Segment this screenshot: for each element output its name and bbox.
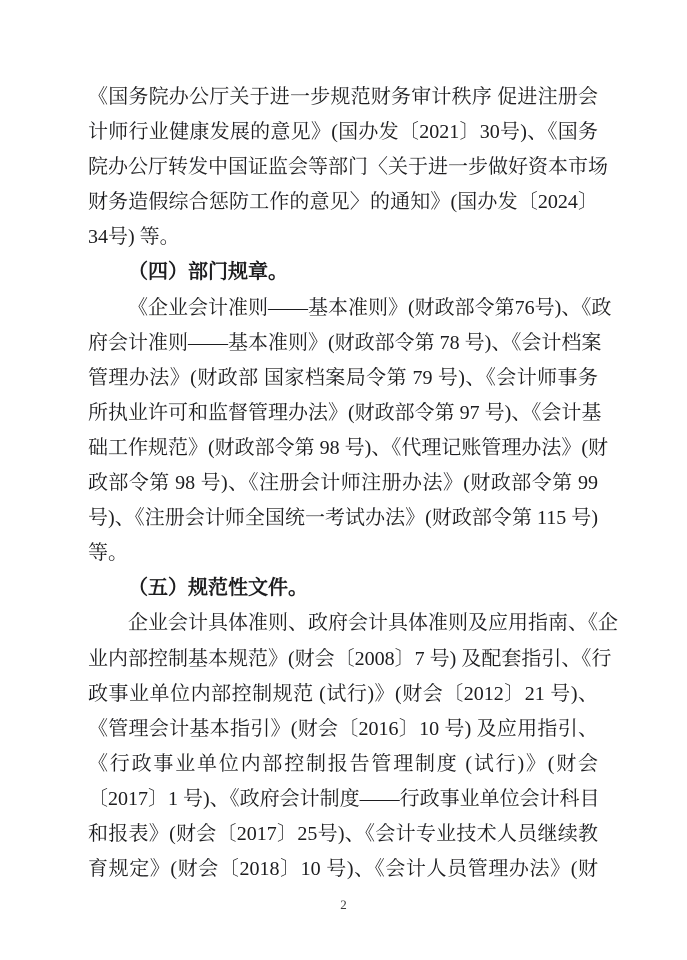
body-text-line: 《企业会计准则——基本准则》(财政部令第76号)、《政 — [88, 291, 598, 326]
body-text-line: 所执业许可和监督管理办法》(财政部令第 97 号)、《会计基 — [88, 396, 598, 431]
body-text-line: 《管理会计基本指引》(财会〔2016〕10 号) 及应用指引、 — [88, 712, 598, 747]
document-content: 《国务院办公厅关于进一步规范财务审计秩序 促进注册会计师行业健康发展的意见》(国… — [88, 80, 598, 887]
body-text-line: 业内部控制基本规范》(财会〔2008〕7 号) 及配套指引、《行 — [88, 642, 598, 677]
body-text-line: 政事业单位内部控制规范 (试行)》(财会〔2012〕21 号)、 — [88, 677, 598, 712]
page-number: 2 — [0, 897, 687, 913]
section-heading: （四）部门规章。 — [88, 255, 598, 290]
body-text-line: 和报表》(财会〔2017〕25号)、《会计专业技术人员继续教 — [88, 817, 598, 852]
body-text-line: 计师行业健康发展的意见》(国办发〔2021〕30号)、《国务 — [88, 115, 598, 150]
body-text-line: 〔2017〕1 号)、《政府会计制度——行政事业单位会计科目 — [88, 782, 598, 817]
body-text-line: 府会计准则——基本准则》(财政部令第 78 号)、《会计档案 — [88, 326, 598, 361]
body-text-line: 础工作规范》(财政部令第 98 号)、《代理记账管理办法》(财 — [88, 431, 598, 466]
body-text-line: 院办公厅转发中国证监会等部门〈关于进一步做好资本市场 — [88, 150, 598, 185]
body-text-line: 财务造假综合惩防工作的意见〉的通知》(国办发〔2024〕 — [88, 185, 598, 220]
body-text-line: 34号) 等。 — [88, 220, 598, 255]
body-text-line: 等。 — [88, 536, 598, 571]
body-text-line: 政部令第 98 号)、《注册会计师注册办法》(财政部令第 99 — [88, 466, 598, 501]
body-text-line: 号)、《注册会计师全国统一考试办法》(财政部令第 115 号) — [88, 501, 598, 536]
body-text-line: 育规定》(财会〔2018〕10 号)、《会计人员管理办法》(财 — [88, 852, 598, 887]
body-text-line: 管理办法》(财政部 国家档案局令第 79 号)、《会计师事务 — [88, 361, 598, 396]
section-heading: （五）规范性文件。 — [88, 571, 598, 606]
body-text-line: 《行政事业单位内部控制报告管理制度 (试行)》(财会 — [88, 747, 598, 782]
body-text-line: 《国务院办公厅关于进一步规范财务审计秩序 促进注册会 — [88, 80, 598, 115]
document-page: 《国务院办公厅关于进一步规范财务审计秩序 促进注册会计师行业健康发展的意见》(国… — [0, 0, 687, 960]
body-text-line: 企业会计具体准则、政府会计具体准则及应用指南、《企 — [88, 606, 598, 641]
